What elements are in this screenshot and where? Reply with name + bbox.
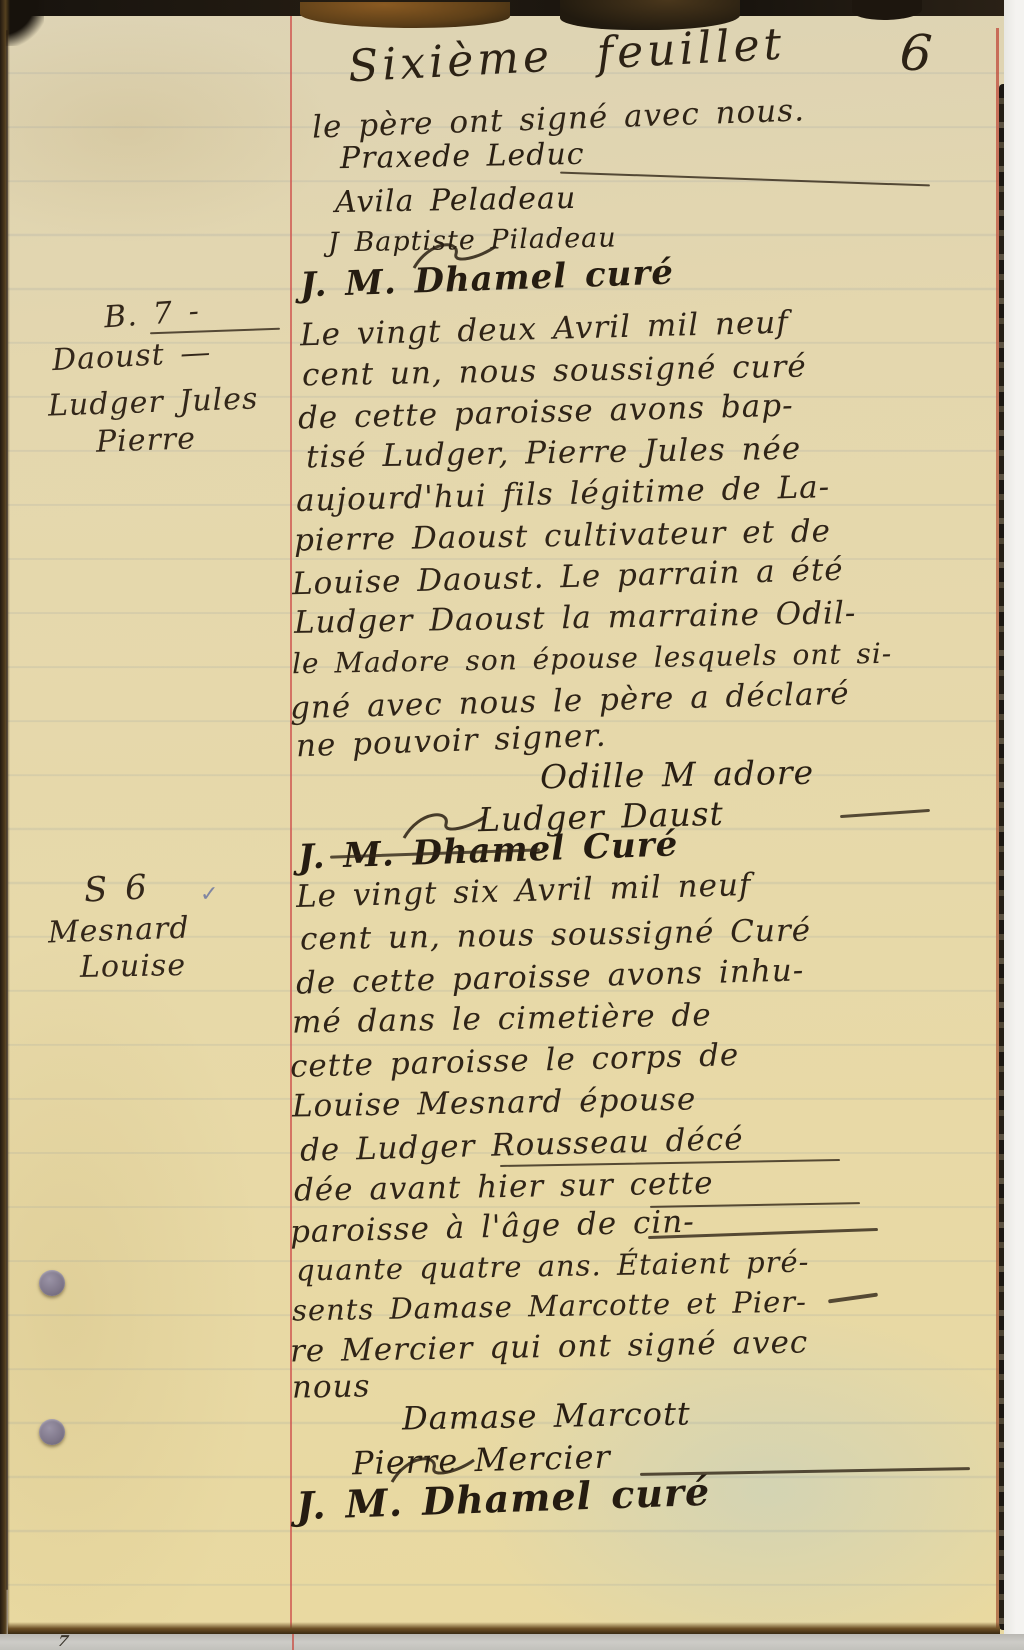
record-line: tisé Ludger, Pierre Jules née — [306, 434, 802, 474]
margin-surname: Daoust — — [51, 338, 212, 376]
left-edge-crack — [6, 30, 8, 1590]
witness-signature: Damase Marcott — [402, 1397, 691, 1434]
record-line: quante quatre ans. Étaient pré- — [296, 1248, 810, 1286]
record-line: dée avant hier sur cette — [294, 1168, 714, 1206]
record-line: cent un, nous soussigné curé — [302, 352, 807, 392]
register-scan: Sixième feuillet 6 le père ont signé ave… — [0, 0, 1024, 1650]
record-line: pierre Daoust cultivateur et de — [294, 516, 831, 556]
godmother-signature: Odille M adore — [540, 756, 815, 794]
punch-hole — [39, 1419, 65, 1445]
check-mark: ✓ — [200, 884, 219, 906]
margin-ref-b7: B. 7 - — [103, 297, 201, 334]
record-line: re Mercier qui ont signé avec — [290, 1327, 809, 1367]
page-number: 6 — [898, 27, 934, 79]
left-binding-edge — [0, 0, 10, 1650]
record-line: nous — [292, 1371, 371, 1403]
witness-signature: Avila Peladeau — [335, 184, 577, 218]
record-line: Louise Mesnard épouse — [292, 1084, 697, 1122]
record-line: sents Damase Marcotte et Pier- — [292, 1288, 807, 1326]
witness-signature: Praxede Leduc — [340, 140, 585, 174]
red-margin-rule — [292, 1634, 294, 1650]
page-bottom-shadow — [8, 1622, 1000, 1634]
next-page-number: 7 — [56, 1632, 70, 1650]
punch-hole — [39, 1270, 65, 1296]
next-page-edge: 7 — [0, 1634, 1024, 1650]
margin-given-names: Pierre — [96, 424, 197, 457]
record-line: mé dans le cimetière de — [292, 1000, 712, 1038]
record-line: cent un, nous soussigné Curé — [300, 916, 812, 956]
scanner-background — [1004, 0, 1024, 1650]
margin-given-names: Ludger Jules — [48, 384, 259, 421]
margin-surname: Mesnard — [48, 914, 191, 949]
margin-ref-s6: S 6 — [83, 870, 148, 907]
margin-given-names: Louise — [80, 951, 187, 983]
